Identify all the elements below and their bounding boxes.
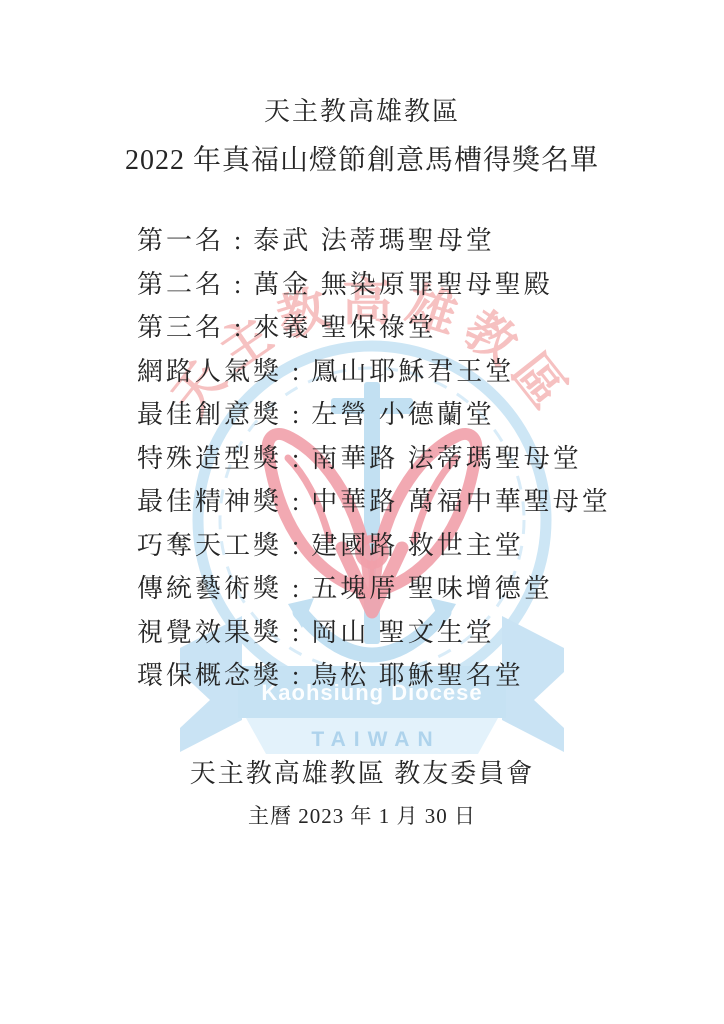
award-row: 特殊造型獎:南華路 法蒂瑪聖母堂 <box>137 445 611 473</box>
award-row: 最佳創意獎:左營 小德蘭堂 <box>137 401 611 429</box>
banner-subtext: TAIWAN <box>311 728 440 751</box>
award-row: 視覺效果獎:岡山 聖文生堂 <box>137 619 611 647</box>
award-row: 第一名:泰武 法蒂瑪聖母堂 <box>137 227 611 255</box>
award-colon: : <box>292 488 299 516</box>
award-winner: 萬金 無染原罪聖母聖殿 <box>253 271 553 299</box>
award-winner: 鳳山耶穌君王堂 <box>311 358 514 386</box>
award-winner: 南華路 法蒂瑪聖母堂 <box>311 445 582 473</box>
award-label: 巧奪天工獎 <box>137 532 282 560</box>
award-label: 第一名 <box>137 227 224 255</box>
award-label: 傳統藝術獎 <box>137 575 282 603</box>
award-row: 第二名:萬金 無染原罪聖母聖殿 <box>137 271 611 299</box>
award-winner: 建國路 救世主堂 <box>311 532 524 560</box>
award-winner: 來義 聖保祿堂 <box>253 314 437 342</box>
award-colon: : <box>292 445 299 473</box>
award-colon: : <box>292 619 299 647</box>
award-label: 網路人氣獎 <box>137 358 282 386</box>
award-row: 巧奪天工獎:建國路 救世主堂 <box>137 532 611 560</box>
award-label: 最佳創意獎 <box>137 401 282 429</box>
award-label: 環保概念獎 <box>137 662 282 690</box>
award-winner: 五塊厝 聖味增德堂 <box>311 575 553 603</box>
award-winner: 泰武 法蒂瑪聖母堂 <box>253 227 495 255</box>
award-winner: 左營 小德蘭堂 <box>311 401 495 429</box>
award-document-page: 天主教高雄教區 Kaohsiung Diocese TAIWAN 天主教高雄教區… <box>0 0 724 1024</box>
award-colon: : <box>292 401 299 429</box>
award-label: 最佳精神獎 <box>137 488 282 516</box>
issuer-line: 天主教高雄教區 教友委員會 <box>0 753 724 790</box>
award-label: 視覺效果獎 <box>137 619 282 647</box>
award-label: 第二名 <box>137 271 224 299</box>
award-colon: : <box>292 532 299 560</box>
award-winner: 中華路 萬福中華聖母堂 <box>311 488 611 516</box>
award-winner: 岡山 聖文生堂 <box>311 619 495 647</box>
award-row: 最佳精神獎:中華路 萬福中華聖母堂 <box>137 488 611 516</box>
award-colon: : <box>292 662 299 690</box>
document-title: 天主教高雄教區 <box>0 91 724 128</box>
award-colon: : <box>292 358 299 386</box>
award-label: 第三名 <box>137 314 224 342</box>
award-colon: : <box>234 227 241 255</box>
document-subtitle: 2022 年真福山燈節創意馬槽得獎名單 <box>0 138 724 178</box>
award-row: 環保概念獎:鳥松 耶穌聖名堂 <box>137 662 611 690</box>
award-list: 第一名:泰武 法蒂瑪聖母堂 第二名:萬金 無染原罪聖母聖殿 第三名:來義 聖保祿… <box>137 227 611 690</box>
ribbon-lower-panel <box>246 718 498 754</box>
award-row: 網路人氣獎:鳳山耶穌君王堂 <box>137 358 611 386</box>
award-row: 第三名:來義 聖保祿堂 <box>137 314 611 342</box>
award-winner: 鳥松 耶穌聖名堂 <box>311 662 524 690</box>
award-row: 傳統藝術獎:五塊厝 聖味增德堂 <box>137 575 611 603</box>
date-line: 主曆 2023 年 1 月 30 日 <box>0 800 724 830</box>
award-colon: : <box>292 575 299 603</box>
award-colon: : <box>234 271 241 299</box>
award-colon: : <box>234 314 241 342</box>
award-label: 特殊造型獎 <box>137 445 282 473</box>
